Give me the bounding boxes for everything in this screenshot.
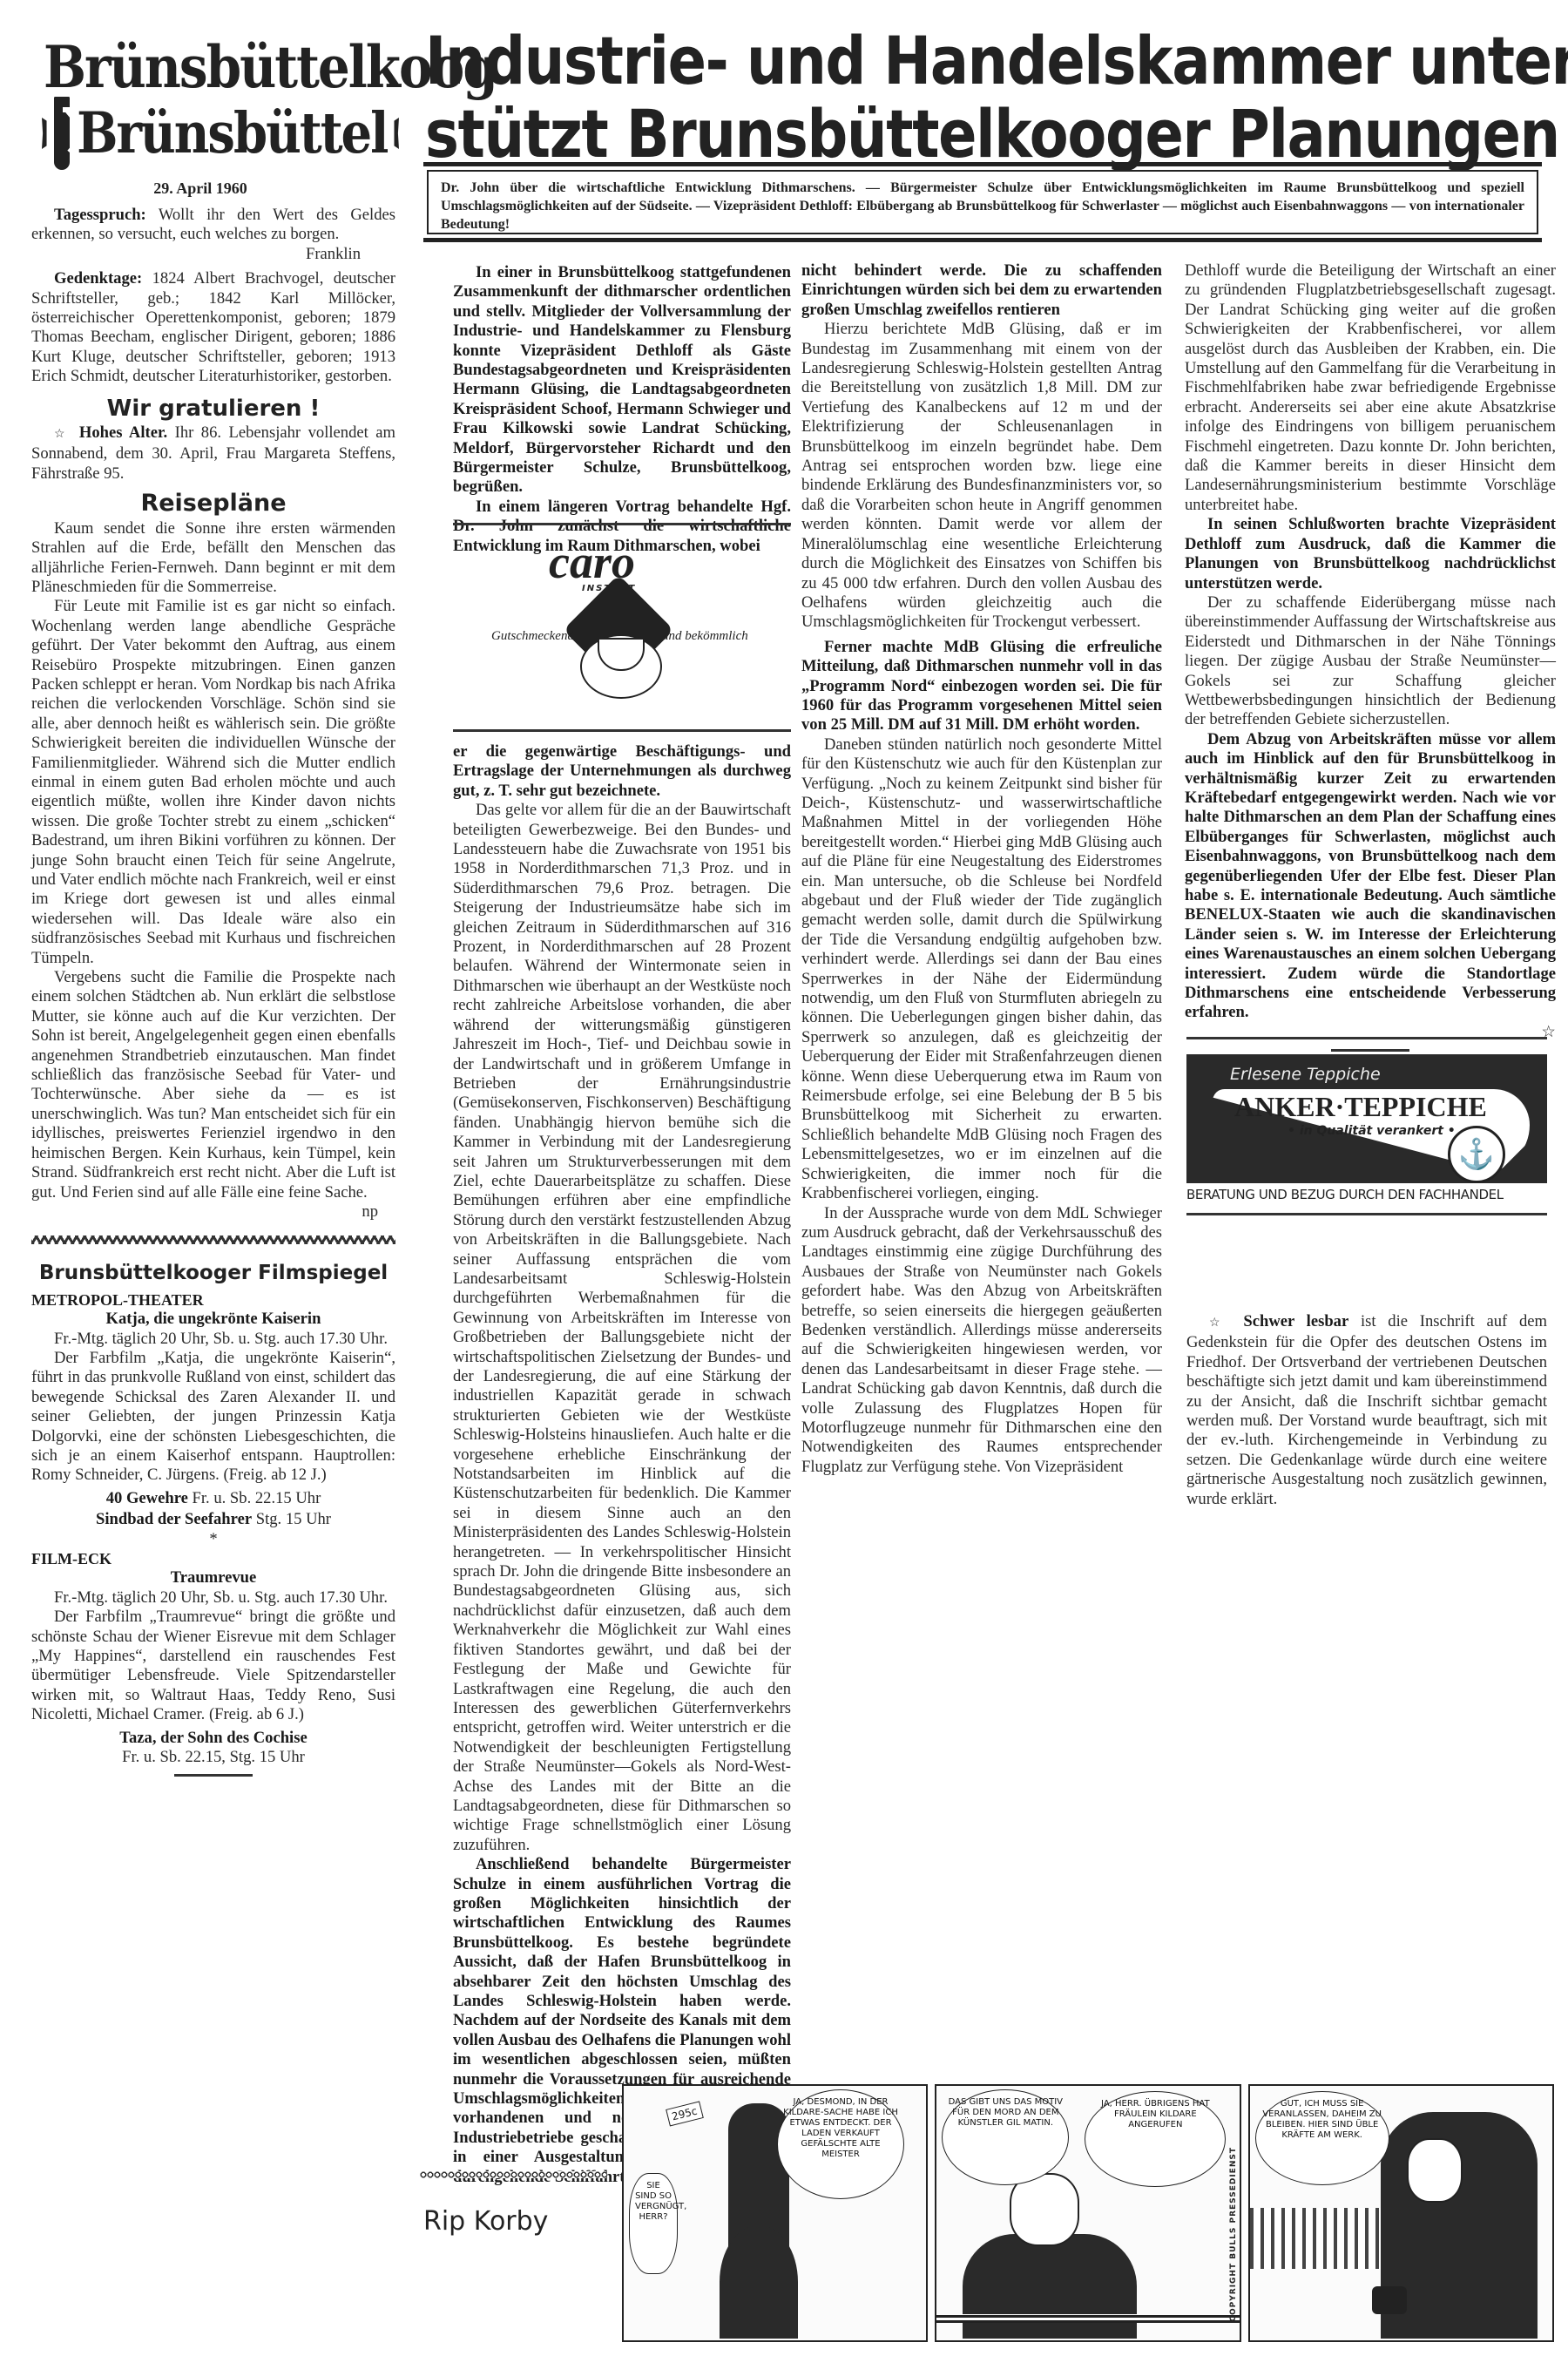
article-column-2: In einer in Brunsbüttelkoog stattgefunde… [453,263,791,556]
speech-bubble: Ja, Herr. Übrigens hat Fräulein Kildare … [1085,2091,1226,2187]
reiseplaene-paragraph: Vergebens sucht die Familie die Prospekt… [31,968,395,1202]
bookshelf [1250,2208,1381,2269]
headline-line-2: stützt Brunsbüttelkooger Planungen [425,98,1399,171]
birthday-label: Hohes Alter. [79,423,167,442]
subheadline-box: Dr. John über die wirtschaftliche Entwic… [423,162,1542,242]
ad-top-rule [453,523,791,525]
braid-divider [31,1236,395,1244]
ad-top-rule [1186,1037,1547,1043]
gedenktage: Gedenktage: 1824 Albert Brachvogel, deut… [31,269,395,386]
reiseplaene-paragraph: Kaum sendet die Sonne ihre ersten wärmen… [31,519,395,598]
tagesspruch-author: Franklin [31,245,395,264]
comic-title: Rip Korby [423,2206,548,2237]
reiseplaene-paragraph: Für Leute mit Familie ist es gar nicht s… [31,597,395,968]
article-body: Dethloff wurde die Beteiligung der Wirts… [1185,261,1556,515]
comic-panel-2: Das gibt uns das Motiv für den Mord an d… [935,2084,1240,2342]
notice-label: Schwer lesbar [1243,1312,1348,1330]
ad-bottom-rule [1186,1213,1547,1219]
anchor-icon: ⚓ [1448,1126,1505,1183]
counter-stripes [936,2314,1239,2323]
price-sign: 295c [666,2102,703,2127]
film-extra-time: Stg. 15 Uhr [256,1510,331,1528]
anker-title: ANKER·TEPPICHE [1234,1091,1487,1123]
anker-tagline: Erlesene Teppiche [1230,1065,1381,1084]
article-bold-text: Dem Abzug von Arbeitskräften müsse vor a… [1185,730,1556,1023]
star-icon: ☆ [54,428,68,441]
article-bold-text: er die gegenwärtige Beschäftigungs- und … [453,742,791,801]
film-extra-title: Sindbad der Seefahrer [96,1510,252,1528]
masthead-bottom-word: Brünsbüttel [77,100,387,166]
banner-right-ornament [394,118,399,149]
film-extra-title: 40 Gewehre [106,1489,188,1507]
film-extra-time: Fr. u. Sb. 22.15, Stg. 15 Uhr [31,1748,395,1767]
section-heading-reiseplaene: Reisepläne [31,494,395,513]
ad-bottom-rule [453,729,791,732]
film-extra: Sindbad der Seefahrer Stg. 15 Uhr [31,1510,395,1529]
film-extra: 40 Gewehre Fr. u. Sb. 22.15 Uhr [31,1489,395,1508]
anker-subtitle: • in Qualität verankert • [1288,1124,1456,1138]
anker-footer: BERATUNG UND BEZUG DURCH DEN FACHHANDEL [1186,1187,1552,1202]
film-extra-time: Fr. u. Sb. 22.15 Uhr [193,1489,321,1507]
masthead-subtitle-row: Brünsbüttel [42,96,399,171]
headline-line-1: Industrie- und Handelskammer unter- [425,24,1399,98]
end-rule [174,1774,253,1777]
main-headline: Industrie- und Handelskammer unter- stüt… [425,24,1399,171]
speech-bubble: Gut, ich muss sie veranlassen, daheim zu… [1255,2091,1389,2185]
film-title: Traumrevue [31,1568,395,1588]
comic-copyright: COPYRIGHT BULLS PRESSEDIENST [1229,2147,1238,2322]
telephone-icon [1372,2286,1407,2314]
article-intro: In einer in Brunsbüttelkoog stattgefunde… [453,263,791,498]
birthday-notice: ☆ Hohes Alter. Ihr 86. Lebensjahr vollen… [31,423,395,484]
article-body: Daneben stünden natürlich noch gesondert… [801,735,1162,1204]
speech-bubble: Sie sind so vergnügt, Herr? [629,2173,678,2274]
article-bold-text: In seinen Schlußworten brachte Vizepräsi… [1185,515,1556,593]
film-extra-title: Taza, der Sohn des Cochise [31,1729,395,1748]
figure-face [1407,2138,1463,2203]
article-body: Hierzu berichtete MdB Glüsing, daß er im… [801,320,1162,633]
figure-face [1010,2173,1079,2246]
article-column-4: Dethloff wurde die Beteiligung der Wirts… [1185,261,1556,1059]
film-description: Der Farbfilm „Katja, die ungekrönte Kais… [31,1349,395,1486]
masthead-title: Brünsbüttelkoog [44,33,392,101]
tagesspruch-label: Tagesspruch: [54,206,146,224]
comic-strip: 295c Sie sind so vergnügt, Herr? Ja, Des… [622,2084,1554,2342]
asterisk-separator: * [31,1530,395,1549]
chain-divider [420,2171,606,2178]
figure-kneeling-woman [720,2225,798,2339]
article-body: Der zu schaffende Eiderübergang müsse na… [1185,593,1556,730]
film-times: Fr.-Mtg. täglich 20 Uhr, Sb. u. Stg. auc… [31,1588,395,1608]
theater-listing: METROPOL-THEATER Katja, die ungekrönte K… [31,1290,395,1549]
article-bold-text: Ferner machte MdB Glüsing die erfreulich… [801,638,1162,735]
speech-bubble: Ja, Desmond, in der Kildare-Sache habe i… [777,2089,904,2199]
banner-left-ornament [42,118,47,149]
end-rule [1331,1049,1409,1052]
article-column-2-cont: er die gegenwärtige Beschäftigungs- und … [453,742,791,2187]
gedenkstein-notice: ☆ Schwer lesbar ist die Inschrift auf de… [1186,1312,1547,1509]
anker-teppiche-advertisement: Erlesene Teppiche ANKER·TEPPICHE • in Qu… [1186,1054,1547,1183]
section-heading-filmspiegel: Brunsbüttelkooger Filmspiegel [31,1263,395,1283]
left-column: Tagesspruch: Wollt ihr den Wert des Geld… [31,206,395,1784]
star-icon: ☆ [1209,1317,1228,1330]
notice-text: ist die Inschrift auf dem Gedenkstein fü… [1186,1312,1547,1508]
article-bold-text: nicht behindert werde. Die zu schaffende… [801,261,1162,320]
comic-panel-3: Gut, ich muss sie veranlassen, daheim zu… [1248,2084,1554,2342]
reiseplaene-signature: np [31,1202,395,1222]
coat-of-arms-icon [54,97,71,170]
comic-panel-1: 295c Sie sind so vergnügt, Herr? Ja, Des… [622,2084,928,2342]
caro-slogan-left: Gutschmeckend [491,629,574,644]
article-column-3: nicht behindert werde. Die zu schaffende… [801,261,1162,1477]
theater-name: FILM-ECK [31,1549,395,1568]
theater-listing: FILM-ECK Traumrevue Fr.-Mtg. täglich 20 … [31,1549,395,1777]
film-times: Fr.-Mtg. täglich 20 Uhr, Sb. u. Stg. auc… [31,1330,395,1349]
caro-advertisement: caro INSTANT Gutschmeckend und bekömmlic… [453,523,791,732]
article-body: In der Aussprache wurde von dem MdL Schw… [801,1204,1162,1478]
film-description: Der Farbfilm „Traumrevue“ bringt die grö… [31,1608,395,1724]
film-title: Katja, die ungekrönte Kaiserin [31,1310,395,1329]
tagesspruch: Tagesspruch: Wollt ihr den Wert des Geld… [31,206,395,245]
article-body: Das gelte vor allem für die an der Bauwi… [453,801,791,1855]
theater-name: METROPOL-THEATER [31,1290,395,1310]
section-heading-gratulieren: Wir gratulieren ! [31,399,395,418]
gedenktage-label: Gedenktage: [54,269,142,288]
subheadline-text: Dr. John über die wirtschaftliche Entwic… [427,170,1538,234]
speech-bubble: Das gibt uns das Motiv für den Mord an d… [942,2089,1069,2185]
issue-date: 29. April 1960 [0,179,401,198]
figure-man-with-hat [963,2234,1137,2339]
caro-slogan-right: und bekömmlich [662,629,748,644]
